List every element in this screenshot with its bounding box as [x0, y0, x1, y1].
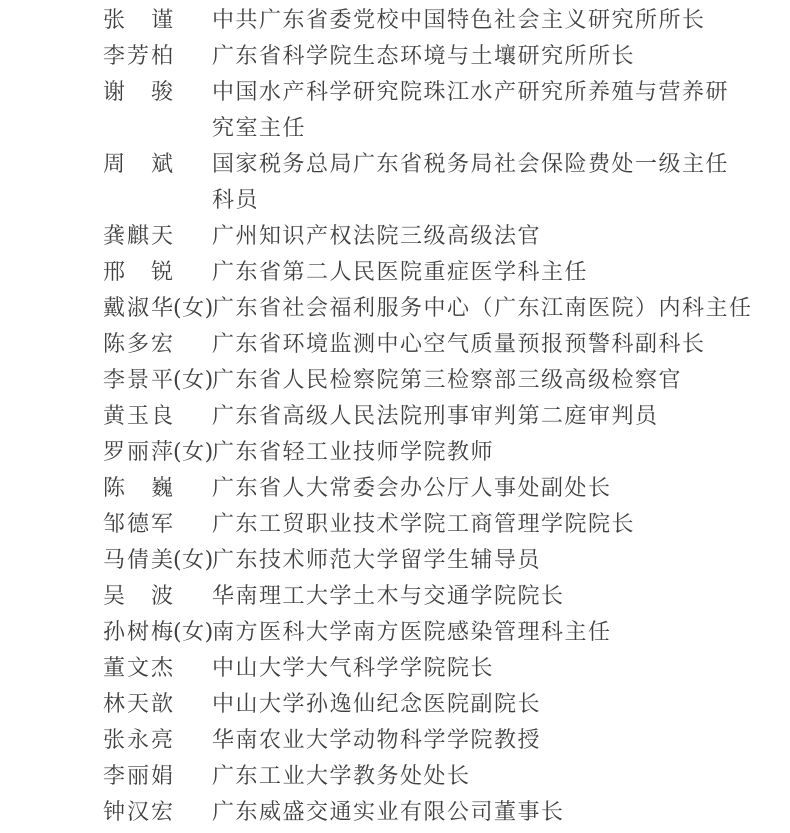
person-title-line: 究室主任 — [212, 111, 790, 147]
person-name: 孙树梅 — [103, 615, 173, 651]
person-name: 吴波 — [103, 579, 173, 615]
person-title: 广东省高级人民法院刑事审判第二庭审判员 — [212, 399, 790, 435]
list-item: 林天歆 中山大学孙逸仙纪念医院副院长 — [103, 687, 790, 723]
person-name-block: 董文杰 — [103, 651, 212, 687]
person-name-block: 张永亮 — [103, 723, 212, 759]
person-name-block: 周斌 — [103, 147, 212, 183]
list-item: 龚麒天 广州知识产权法院三级高级法官 — [103, 219, 790, 255]
person-name: 张永亮 — [103, 723, 173, 759]
person-title-line: 广东工业大学教务处处长 — [212, 759, 790, 795]
person-title: 中共广东省委党校中国特色社会主义研究所所长 — [212, 3, 790, 39]
person-name-block: 钟汉宏 — [103, 795, 212, 831]
person-title-line: 中山大学孙逸仙纪念医院副院长 — [212, 687, 790, 723]
person-name-block: 邢锐 — [103, 255, 212, 291]
person-name-block: 罗丽萍 (女) — [103, 435, 212, 471]
person-title: 广东省轻工业技师学院教师 — [212, 435, 790, 471]
person-name-block: 邹德军 — [103, 507, 212, 543]
person-title: 南方医科大学南方医院感染管理科主任 — [212, 615, 790, 651]
list-item: 陈巍 广东省人大常委会办公厅人事处副处长 — [103, 471, 790, 507]
list-item: 李景平 (女) 广东省人民检察院第三检察部三级高级检察官 — [103, 363, 790, 399]
person-name-block: 戴淑华 (女) — [103, 291, 212, 327]
person-name-block: 谢骏 — [103, 75, 212, 111]
person-title-line: 广东工贸职业技术学院工商管理学院院长 — [212, 507, 790, 543]
list-item: 张永亮 华南农业大学动物科学学院教授 — [103, 723, 790, 759]
person-title: 广东省人民检察院第三检察部三级高级检察官 — [212, 363, 790, 399]
person-title: 广东省第二人民医院重症医学科主任 — [212, 255, 790, 291]
person-title-line: 国家税务总局广东省税务局社会保险费处一级主任 — [212, 147, 790, 183]
list-item: 黄玉良 广东省高级人民法院刑事审判第二庭审判员 — [103, 399, 790, 435]
person-title-line: 广东威盛交通实业有限公司董事长 — [212, 795, 790, 831]
person-name: 龚麒天 — [103, 219, 173, 255]
person-title: 广东省环境监测中心空气质量预报预警科副科长 — [212, 327, 790, 363]
person-name: 邹德军 — [103, 507, 173, 543]
person-title-line: 广东省轻工业技师学院教师 — [212, 435, 790, 471]
list-item: 马倩美 (女) 广东技术师范大学留学生辅导员 — [103, 543, 790, 579]
person-name: 谢骏 — [103, 75, 173, 111]
person-name-block: 李丽娟 — [103, 759, 212, 795]
list-item: 戴淑华 (女) 广东省社会福利服务中心（广东江南医院）内科主任 — [103, 291, 790, 327]
person-title: 广东省科学院生态环境与土壤研究所所长 — [212, 39, 790, 75]
person-name: 黄玉良 — [103, 399, 173, 435]
person-name-block: 李芳柏 — [103, 39, 212, 75]
person-title: 华南农业大学动物科学学院教授 — [212, 723, 790, 759]
person-title: 广东威盛交通实业有限公司董事长 — [212, 795, 790, 831]
list-item: 张谨 中共广东省委党校中国特色社会主义研究所所长 — [103, 3, 790, 39]
person-name: 周斌 — [103, 147, 173, 183]
gender-note: (女) — [173, 291, 214, 327]
list-item: 钟汉宏 广东威盛交通实业有限公司董事长 — [103, 795, 790, 831]
person-name-block: 林天歆 — [103, 687, 212, 723]
person-title: 中山大学大气科学学院院长 — [212, 651, 790, 687]
person-name: 李芳柏 — [103, 39, 173, 75]
list-item: 周斌 国家税务总局广东省税务局社会保险费处一级主任科员 — [103, 147, 790, 219]
person-title-line: 广东技术师范大学留学生辅导员 — [212, 543, 790, 579]
person-name: 罗丽萍 — [103, 435, 173, 471]
person-name: 戴淑华 — [103, 291, 173, 327]
person-name: 林天歆 — [103, 687, 173, 723]
person-title-line: 中国水产科学研究院珠江水产研究所养殖与营养研 — [212, 75, 790, 111]
gender-note: (女) — [173, 615, 214, 651]
list-item: 邹德军 广东工贸职业技术学院工商管理学院院长 — [103, 507, 790, 543]
person-title-line: 广东省社会福利服务中心（广东江南医院）内科主任 — [212, 291, 790, 327]
person-title-line: 南方医科大学南方医院感染管理科主任 — [212, 615, 790, 651]
gender-note: (女) — [173, 543, 214, 579]
person-name: 陈多宏 — [103, 327, 173, 363]
person-title: 广东技术师范大学留学生辅导员 — [212, 543, 790, 579]
person-name: 张谨 — [103, 3, 173, 39]
person-title: 中国水产科学研究院珠江水产研究所养殖与营养研究室主任 — [212, 75, 790, 147]
person-name-block: 孙树梅 (女) — [103, 615, 212, 651]
document-page: 张谨 中共广东省委党校中国特色社会主义研究所所长 李芳柏 广东省科学院生态环境与… — [0, 0, 790, 833]
person-name: 李景平 — [103, 363, 173, 399]
person-name: 李丽娟 — [103, 759, 173, 795]
person-name: 董文杰 — [103, 651, 173, 687]
person-name: 钟汉宏 — [103, 795, 173, 831]
person-title: 中山大学孙逸仙纪念医院副院长 — [212, 687, 790, 723]
person-title: 广州知识产权法院三级高级法官 — [212, 219, 790, 255]
person-title-line: 华南农业大学动物科学学院教授 — [212, 723, 790, 759]
list-item: 罗丽萍 (女) 广东省轻工业技师学院教师 — [103, 435, 790, 471]
person-title-line: 中共广东省委党校中国特色社会主义研究所所长 — [212, 3, 790, 39]
list-item: 李丽娟 广东工业大学教务处处长 — [103, 759, 790, 795]
person-title-line: 广东省科学院生态环境与土壤研究所所长 — [212, 39, 790, 75]
list-item: 吴波 华南理工大学土木与交通学院院长 — [103, 579, 790, 615]
person-name-block: 吴波 — [103, 579, 212, 615]
person-title-line: 华南理工大学土木与交通学院院长 — [212, 579, 790, 615]
list-item: 孙树梅 (女) 南方医科大学南方医院感染管理科主任 — [103, 615, 790, 651]
person-title: 广东省社会福利服务中心（广东江南医院）内科主任 — [212, 291, 790, 327]
person-title-line: 广东省高级人民法院刑事审判第二庭审判员 — [212, 399, 790, 435]
person-title-line: 广东省环境监测中心空气质量预报预警科副科长 — [212, 327, 790, 363]
person-title-line: 广州知识产权法院三级高级法官 — [212, 219, 790, 255]
person-name-block: 张谨 — [103, 3, 212, 39]
person-title: 广东工业大学教务处处长 — [212, 759, 790, 795]
person-name: 邢锐 — [103, 255, 173, 291]
person-title: 国家税务总局广东省税务局社会保险费处一级主任科员 — [212, 147, 790, 219]
person-name-block: 黄玉良 — [103, 399, 212, 435]
list-item: 李芳柏 广东省科学院生态环境与土壤研究所所长 — [103, 39, 790, 75]
person-name-block: 马倩美 (女) — [103, 543, 212, 579]
person-name-block: 陈巍 — [103, 471, 212, 507]
list-item: 邢锐 广东省第二人民医院重症医学科主任 — [103, 255, 790, 291]
person-title: 广东省人大常委会办公厅人事处副处长 — [212, 471, 790, 507]
person-title-line: 广东省人民检察院第三检察部三级高级检察官 — [212, 363, 790, 399]
person-name-block: 陈多宏 — [103, 327, 212, 363]
list-item: 谢骏 中国水产科学研究院珠江水产研究所养殖与营养研究室主任 — [103, 75, 790, 147]
list-item: 董文杰 中山大学大气科学学院院长 — [103, 651, 790, 687]
list-item: 陈多宏 广东省环境监测中心空气质量预报预警科副科长 — [103, 327, 790, 363]
person-name: 马倩美 — [103, 543, 173, 579]
person-title-line: 中山大学大气科学学院院长 — [212, 651, 790, 687]
awardee-list: 张谨 中共广东省委党校中国特色社会主义研究所所长 李芳柏 广东省科学院生态环境与… — [0, 3, 790, 831]
person-title: 广东工贸职业技术学院工商管理学院院长 — [212, 507, 790, 543]
person-name-block: 李景平 (女) — [103, 363, 212, 399]
person-title-line: 广东省第二人民医院重症医学科主任 — [212, 255, 790, 291]
person-title-line: 广东省人大常委会办公厅人事处副处长 — [212, 471, 790, 507]
person-name: 陈巍 — [103, 471, 173, 507]
gender-note: (女) — [173, 363, 214, 399]
person-name-block: 龚麒天 — [103, 219, 212, 255]
person-title: 华南理工大学土木与交通学院院长 — [212, 579, 790, 615]
gender-note: (女) — [173, 435, 214, 471]
person-title-line: 科员 — [212, 183, 790, 219]
